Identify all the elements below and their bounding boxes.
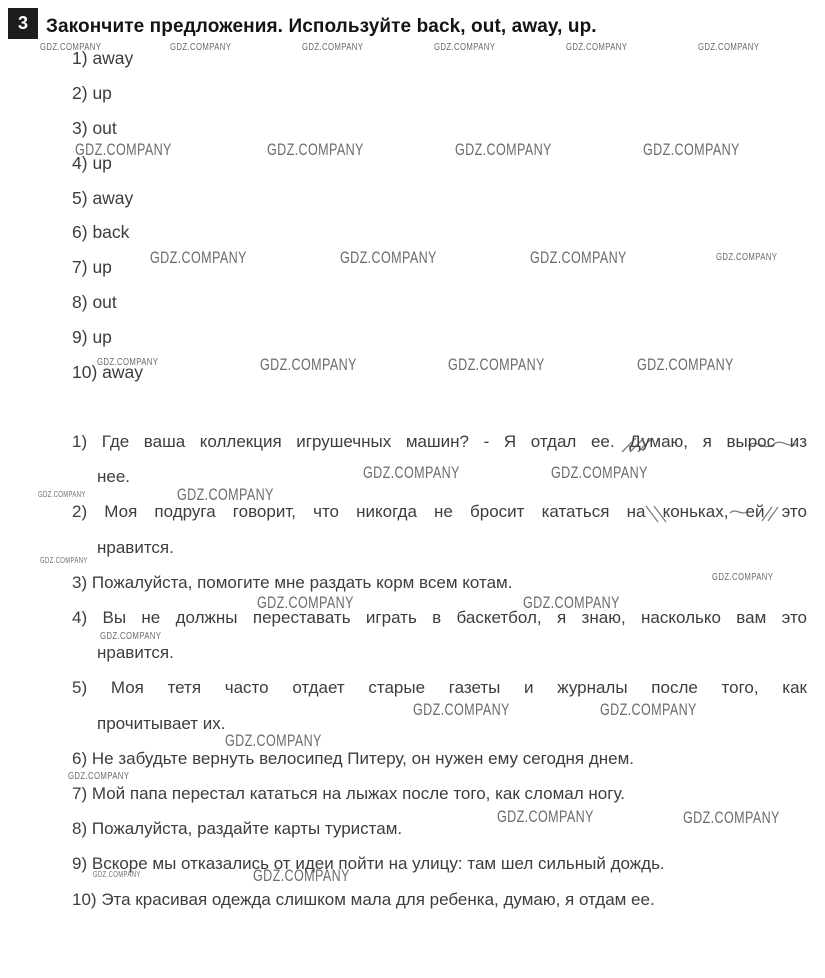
sentence-line: 3) Пожалуйста, помогите мне раздать корм…: [97, 565, 807, 600]
answer-number: 8): [72, 292, 88, 312]
sentence-number: 4): [72, 608, 87, 627]
sentence-number: 1): [72, 432, 87, 451]
answer-item: 9) up: [72, 320, 372, 355]
sentence-item: 6) Не забудьте вернуть велосипед Питеру,…: [72, 741, 807, 776]
answer-word: up: [92, 257, 111, 277]
answer-item: 2) up: [72, 76, 372, 111]
answer-number: 1): [72, 48, 88, 68]
answer-item: 5) away: [72, 181, 372, 216]
watermark-text: GDZ.COMPANY: [637, 355, 734, 375]
sentence-item: 10) Эта красивая одежда слишком мала для…: [72, 882, 807, 917]
sentence-line: 8) Пожалуйста, раздайте карты туристам.: [97, 811, 807, 846]
answer-item: 4) up: [72, 146, 372, 181]
sentences-list: 1) Где ваша коллекция игрушечных машин? …: [72, 424, 807, 917]
answer-word: up: [92, 153, 111, 173]
sentence-number: 7): [72, 784, 87, 803]
answer-number: 5): [72, 188, 88, 208]
sentence-text: Вскоре мы отказались от идеи пойти на ул…: [92, 854, 665, 873]
sentence-line: 1) Где ваша коллекция игрушечных машин? …: [97, 424, 807, 459]
watermark-text: GDZ.COMPANY: [566, 41, 627, 53]
watermark-text: GDZ.COMPANY: [716, 251, 777, 263]
answers-list: 1) away2) up3) out4) up5) away6) back7) …: [72, 41, 372, 390]
sentence-line: 6) Не забудьте вернуть велосипед Питеру,…: [97, 741, 807, 776]
answer-item: 3) out: [72, 111, 372, 146]
sentence-line: прочитывает их.: [97, 706, 807, 741]
sentence-line: 4) Вы не должны переставать играть в бас…: [97, 600, 807, 635]
sentence-text: Пожалуйста, раздайте карты туристам.: [92, 819, 402, 838]
answer-item: 6) back: [72, 215, 372, 250]
sentence-item: 3) Пожалуйста, помогите мне раздать корм…: [72, 565, 807, 600]
sentence-item: 8) Пожалуйста, раздайте карты туристам.: [72, 811, 807, 846]
sentence-text: Мой папа перестал кататься на лыжах посл…: [92, 784, 625, 803]
sentence-number: 6): [72, 749, 87, 768]
answer-item: 1) away: [72, 41, 372, 76]
sentence-line: 5) Моя тетя часто отдает старые газеты и…: [97, 670, 807, 705]
page: { "task": { "number": "3", "title": "Зак…: [0, 0, 825, 978]
sentence-text: Не забудьте вернуть велосипед Питеру, он…: [92, 749, 634, 768]
sentence-text: нее.: [97, 467, 130, 486]
answer-word: away: [102, 362, 143, 382]
watermark-text: GDZ.COMPANY: [448, 355, 545, 375]
answer-item: 8) out: [72, 285, 372, 320]
answer-word: up: [92, 83, 111, 103]
answer-word: back: [92, 222, 129, 242]
sentence-number: 10): [72, 890, 97, 909]
sentence-text: нравится.: [97, 643, 174, 662]
answer-word: away: [92, 48, 133, 68]
answer-number: 6): [72, 222, 88, 242]
answer-number: 3): [72, 118, 88, 138]
sentence-text: Моя тетя часто отдает старые газеты и жу…: [111, 678, 807, 697]
sentence-line: нее.: [97, 459, 807, 494]
sentence-text: нравится.: [97, 538, 174, 557]
task-header: 3 Закончите предложения. Используйте bac…: [8, 8, 818, 39]
answer-item: 7) up: [72, 250, 372, 285]
answer-word: out: [92, 118, 116, 138]
answer-number: 9): [72, 327, 88, 347]
sentence-line: 7) Мой папа перестал кататься на лыжах п…: [97, 776, 807, 811]
sentence-number: 2): [72, 502, 87, 521]
sentence-item: 5) Моя тетя часто отдает старые газеты и…: [72, 670, 807, 740]
answer-word: out: [92, 292, 116, 312]
sentence-item: 4) Вы не должны переставать играть в бас…: [72, 600, 807, 670]
task-number-badge: 3: [8, 8, 38, 39]
answer-number: 7): [72, 257, 88, 277]
sentence-line: 9) Вскоре мы отказались от идеи пойти на…: [97, 846, 807, 881]
sentence-number: 9): [72, 854, 87, 873]
sentence-text: Где ваша коллекция игрушечных машин? - Я…: [102, 432, 807, 451]
answer-number: 2): [72, 83, 88, 103]
sentence-item: 7) Мой папа перестал кататься на лыжах п…: [72, 776, 807, 811]
sentence-text: Пожалуйста, помогите мне раздать корм вс…: [92, 573, 513, 592]
watermark-text: GDZ.COMPANY: [434, 41, 495, 53]
sentence-line: нравится.: [97, 530, 807, 565]
watermark-text: GDZ.COMPANY: [530, 248, 627, 268]
sentence-item: 1) Где ваша коллекция игрушечных машин? …: [72, 424, 807, 494]
sentence-line: 10) Эта красивая одежда слишком мала для…: [97, 882, 807, 917]
sentence-text: Вы не должны переставать играть в баскет…: [103, 608, 808, 627]
sentence-number: 5): [72, 678, 87, 697]
answer-word: away: [92, 188, 133, 208]
sentence-text: Эта красивая одежда слишком мала для реб…: [101, 890, 654, 909]
sentence-item: 2) Моя подруга говорит, что никогда не б…: [72, 494, 807, 564]
watermark-text: GDZ.COMPANY: [698, 41, 759, 53]
answer-number: 4): [72, 153, 88, 173]
answer-number: 10): [72, 362, 97, 382]
watermark-text: GDZ.COMPANY: [643, 140, 740, 160]
sentence-number: 3): [72, 573, 87, 592]
sentence-text: прочитывает их.: [97, 714, 226, 733]
answer-word: up: [92, 327, 111, 347]
sentence-text: Моя подруга говорит, что никогда не брос…: [104, 502, 807, 521]
sentence-line: нравится.: [97, 635, 807, 670]
answer-item: 10) away: [72, 355, 372, 390]
sentence-item: 9) Вскоре мы отказались от идеи пойти на…: [72, 846, 807, 881]
watermark-text: GDZ.COMPANY: [455, 140, 552, 160]
task-title: Закончите предложения. Используйте back,…: [46, 8, 597, 38]
sentence-number: 8): [72, 819, 87, 838]
sentence-line: 2) Моя подруга говорит, что никогда не б…: [97, 494, 807, 529]
